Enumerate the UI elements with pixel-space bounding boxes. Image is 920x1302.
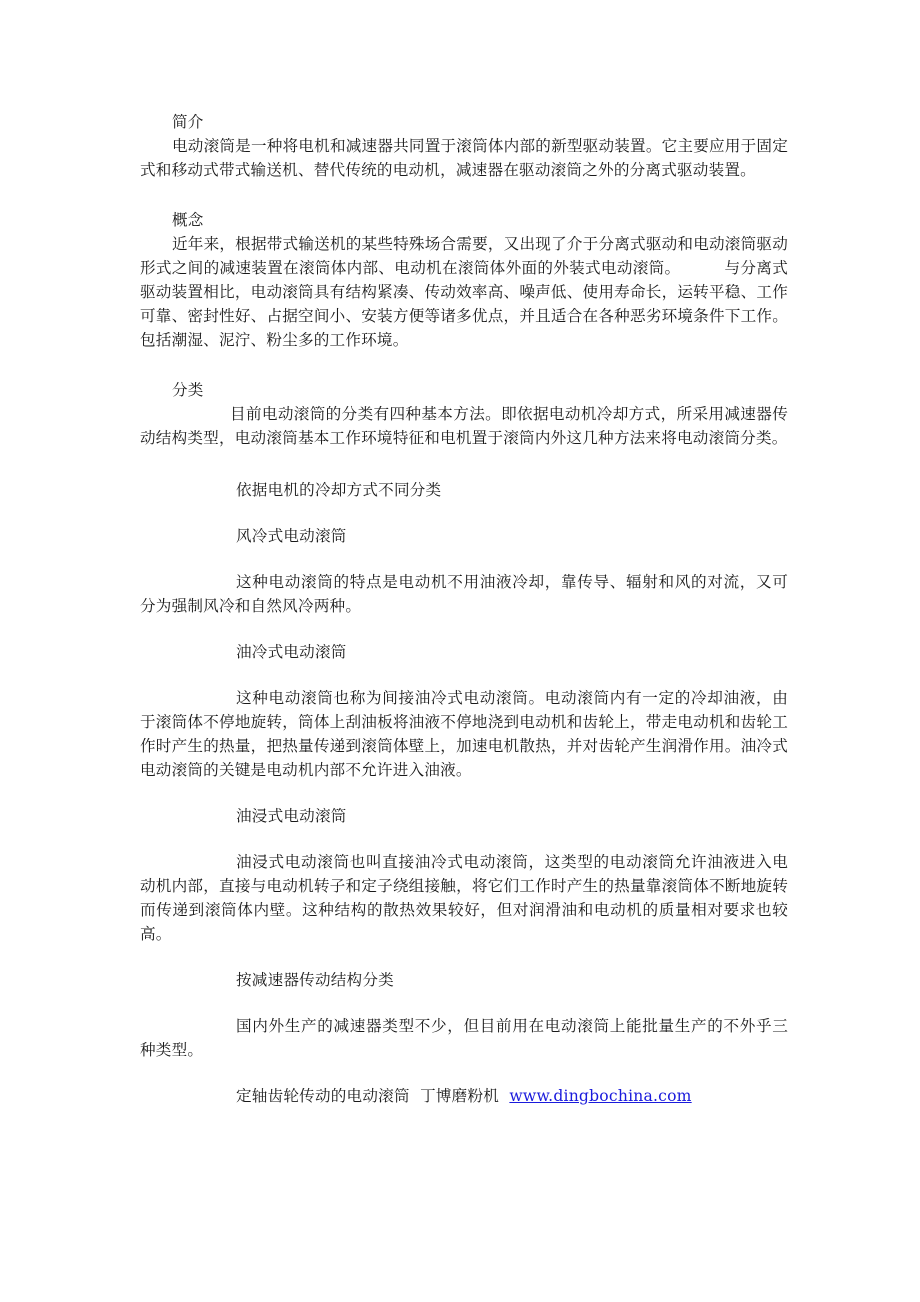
intro-paragraph: 电动滚筒是一种将电机和减速器共同置于滚筒体内部的新型驱动装置。它主要应用于固定式…: [140, 134, 788, 182]
oil-immersed-paragraph: 油浸式电动滚筒也叫直接油冷式电动滚筒，这类型的电动滚筒允许油液进入电动机内部，直…: [140, 850, 788, 946]
oil-cooled-title: 油冷式电动滚筒: [140, 640, 788, 664]
brand-name: 丁博磨粉机: [420, 1087, 499, 1105]
concept-paragraph: 近年来，根据带式输送机的某些特殊场合需要，又出现了介于分离式驱动和电动滚筒驱动形…: [140, 232, 788, 352]
spacer: [140, 182, 788, 208]
spacer: [140, 502, 788, 524]
spacer: [140, 618, 788, 640]
spacer: [140, 828, 788, 850]
cooling-heading: 依据电机的冷却方式不同分类: [140, 478, 788, 502]
oil-cooled-paragraph: 这种电动滚筒也称为间接油冷式电动滚筒。电动滚筒内有一定的冷却油液，由于滚筒体不停…: [140, 686, 788, 782]
air-cooled-paragraph: 这种电动滚筒的特点是电动机不用油液冷却，靠传导、辐射和风的对流，又可分为强制风冷…: [140, 570, 788, 618]
spacer: [140, 450, 788, 478]
intro-heading: 简介: [140, 110, 788, 134]
concept-heading: 概念: [140, 208, 788, 232]
website-link[interactable]: www.dingbochina.com: [509, 1087, 691, 1105]
spacer: [140, 782, 788, 804]
reducer-heading: 按减速器传动结构分类: [140, 968, 788, 992]
spacer: [140, 664, 788, 686]
oil-immersed-title: 油浸式电动滚筒: [140, 804, 788, 828]
fixed-axis-title: 定轴齿轮传动的电动滚筒: [236, 1087, 410, 1105]
concept-text-part1: 近年来，根据带式输送机的某些特殊场合需要，又出现了介于分离式驱动和电动滚筒驱动形…: [140, 235, 788, 277]
spacer: [140, 548, 788, 570]
reducer-paragraph: 国内外生产的减速器类型不少，但目前用在电动滚筒上能批量生产的不外乎三种类型。: [140, 1014, 788, 1062]
spacer: [140, 946, 788, 968]
classification-heading: 分类: [140, 378, 788, 402]
spacer: [140, 1062, 788, 1084]
spacer: [140, 352, 788, 378]
classification-paragraph: 目前电动滚筒的分类有四种基本方法。即依据电动机冷却方式，所采用减速器传动结构类型…: [140, 402, 788, 450]
spacer: [140, 992, 788, 1014]
fixed-axis-line: 定轴齿轮传动的电动滚筒 丁博磨粉机 www.dingbochina.com: [140, 1084, 788, 1108]
air-cooled-title: 风冷式电动滚筒: [140, 524, 788, 548]
document-page: 简介 电动滚筒是一种将电机和减速器共同置于滚筒体内部的新型驱动装置。它主要应用于…: [140, 110, 788, 1108]
